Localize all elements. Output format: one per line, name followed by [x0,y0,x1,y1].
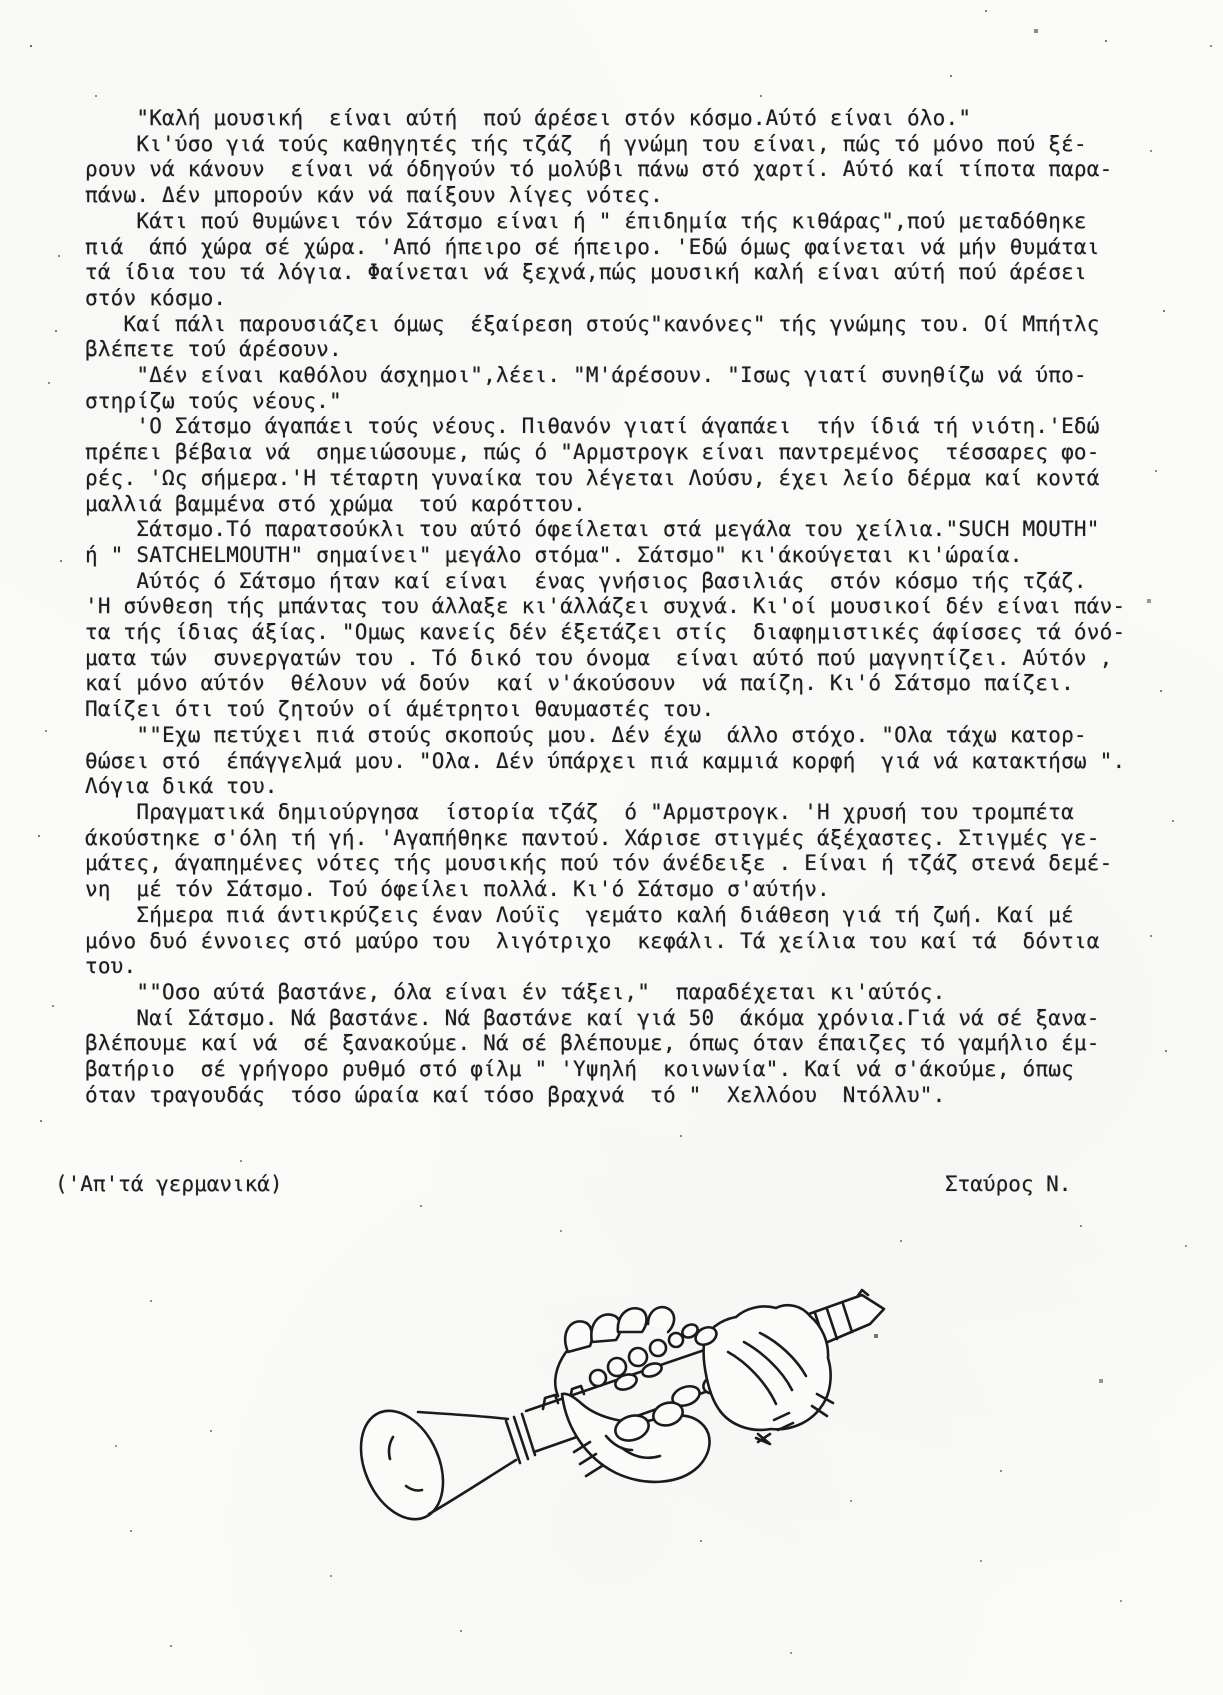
author-signature: Σταύρος Ν. [945,1172,1071,1196]
page: "Καλή μουσική είναι αύτή πού άρέσει στόν… [0,0,1223,1695]
clarinet-illustration [330,1190,930,1550]
article-text: "Καλή μουσική είναι αύτή πού άρέσει στόν… [85,106,1145,1108]
translation-note: ('Απ'τά γερμανικά) [55,1172,283,1196]
photocopy-noise [0,0,2,2]
clarinet-bell-icon [345,1398,535,1532]
typewritten-page: { "colors": { "paper": "#fbfbf9", "ink":… [0,0,1223,1695]
